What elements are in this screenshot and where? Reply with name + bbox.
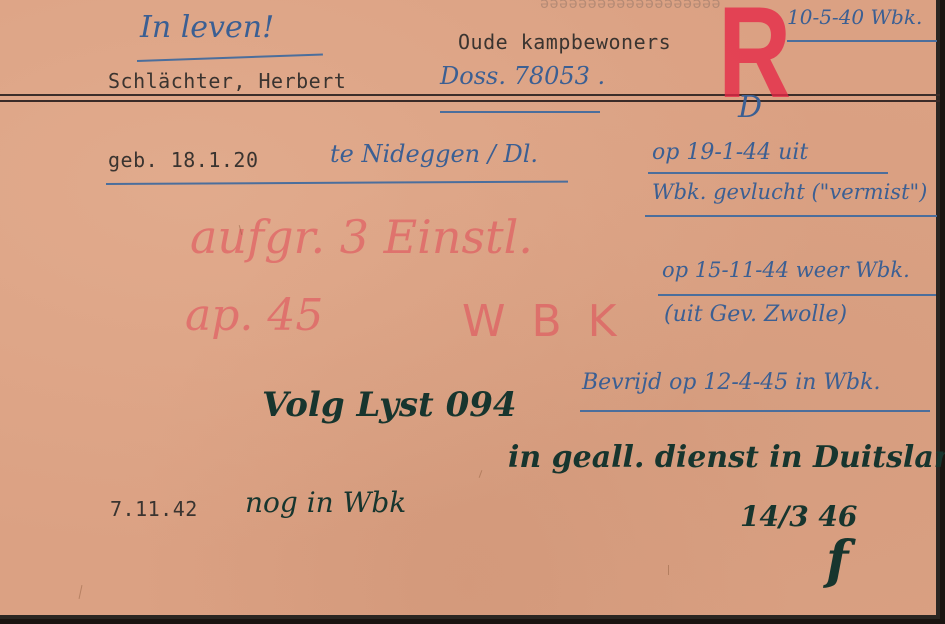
service-note: in geall. dienst in Duitsland: [508, 440, 945, 475]
date-note: 7.11.42: [110, 497, 198, 521]
volg-lyst-note: Volg Lyst 094: [262, 385, 517, 425]
paper-fiber: [668, 565, 669, 575]
red-pencil-note-1: aufgr. 3 Einstl.: [190, 210, 533, 264]
liberated-note: Bevrijd op 12-4-45 in Wbk.: [582, 370, 880, 395]
signature-initials: f: [826, 530, 848, 591]
birth-date: geb. 18.1.20: [108, 148, 259, 172]
still-in-wbk-note: nog in Wbk: [245, 486, 406, 519]
birthplace: te Nideggen / Dl.: [330, 140, 538, 168]
dated-note: 14/3 46: [740, 500, 857, 533]
status-in-leven: In leven!: [140, 10, 274, 45]
escape-line-2: Wbk. gevlucht ("vermist"): [652, 180, 927, 204]
paper-fiber: [79, 585, 83, 599]
dossier-underline: [440, 111, 600, 113]
escape-line-1: op 19-1-44 uit: [652, 140, 808, 165]
stamp-mark: D: [738, 90, 762, 125]
paper-fiber: [479, 470, 483, 478]
birth-underline: [106, 181, 568, 185]
escape-underline-1: [648, 172, 888, 174]
person-name: Schlächter, Herbert: [108, 69, 346, 93]
category-label: Oude kampbewoners: [458, 30, 671, 54]
return-line-1: op 15-11-44 weer Wbk.: [662, 258, 910, 282]
header-rule-bottom: [0, 100, 940, 102]
red-pencil-note-2: ap. 45: [185, 290, 323, 341]
header-rule-top: [0, 94, 940, 96]
liberated-underline: [580, 410, 930, 412]
return-line-2: (uit Gev. Zwolle): [664, 302, 847, 327]
dossier-number: Doss. 78053 .: [440, 62, 605, 90]
faint-typed-remnant: ǝǝǝǝǝǝǝǝǝǝǝǝǝǝǝǝǝǝǝ: [540, 0, 721, 12]
escape-underline-2: [645, 215, 937, 217]
archive-index-card: ǝǝǝǝǝǝǝǝǝǝǝǝǝǝǝǝǝǝǝ In leven! Oude kampb…: [0, 0, 940, 619]
status-underline: [137, 54, 323, 62]
arrival-underline: [787, 40, 937, 42]
arrival-note: 10-5-40 Wbk.: [787, 5, 922, 29]
return-underline: [658, 294, 936, 296]
red-pencil-wbk: W B K: [462, 296, 623, 347]
